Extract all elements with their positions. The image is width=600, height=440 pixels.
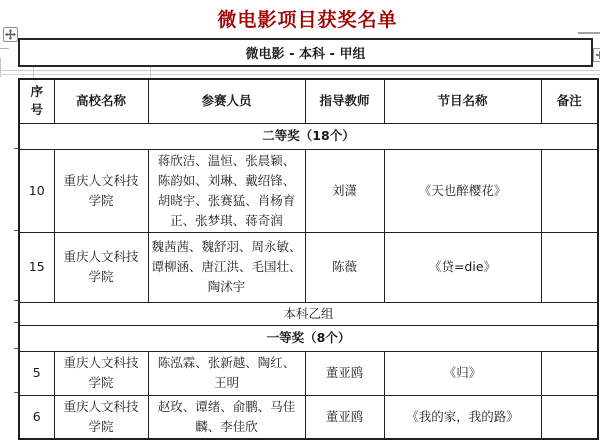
cell-participants: 赵玫、谭绪、俞鹏、马佳 麟、李佳欣 <box>148 395 305 439</box>
cell-note <box>541 232 598 302</box>
cell-note <box>541 351 598 395</box>
col-header-participants: 参赛人员 <box>148 79 305 123</box>
col-header-program: 节目名称 <box>384 79 541 123</box>
cell-program: 《我的家，我的路》 <box>384 395 541 439</box>
table-header-row: 序 号 高校名称 参赛人员 指导教师 节目名称 备注 <box>19 79 598 123</box>
gray-line-top-right <box>578 32 600 34</box>
gray-line-left <box>0 48 9 49</box>
cell-program: 《天也醉樱花》 <box>384 149 541 232</box>
cell-teacher: 董亚鸥 <box>305 395 384 439</box>
row-border-tick <box>14 300 18 301</box>
cell-teacher: 陈薇 <box>305 232 384 302</box>
cell-seq: 5 <box>19 351 54 395</box>
cell-seq: 15 <box>19 232 54 302</box>
document-title: 微电影项目获奖名单 <box>18 5 597 33</box>
section-row-first-prize: 一等奖（8个） <box>19 325 598 351</box>
group-header-cell: 微电影 - 本科 - 甲组 <box>18 38 593 67</box>
cell-note <box>541 149 598 232</box>
section-label: 本科乙组 <box>19 302 598 325</box>
awards-table: 序 号 高校名称 参赛人员 指导教师 节目名称 备注 二等奖（18个） 10 重… <box>18 78 599 440</box>
cell-school: 重庆人文科技 学院 <box>54 149 148 232</box>
cell-school: 重庆人文科技 学院 <box>54 351 148 395</box>
section-label: 二等奖（18个） <box>19 123 598 149</box>
faint-gridline-tick <box>150 67 151 78</box>
cell-seq: 10 <box>19 149 54 232</box>
table-row: 15 重庆人文科技 学院 魏茜茜、魏舒羽、周永敏、 谭柳涵、唐江洪、毛国壮、 陶… <box>19 232 598 302</box>
cell-seq: 6 <box>19 395 54 439</box>
section-row-second-prize: 二等奖（18个） <box>19 123 598 149</box>
table-move-handle-icon[interactable] <box>3 27 18 42</box>
section-label: 一等奖（8个） <box>19 325 598 351</box>
table-row: 10 重庆人文科技 学院 蒋欣洁、温恒、张晨颖、 陈韵如、刘琳、戴绍锋、 胡晓宇… <box>19 149 598 232</box>
faint-gridline <box>0 74 600 75</box>
section-row-group-b: 本科乙组 <box>19 302 598 325</box>
faint-gridline-tick <box>33 67 34 78</box>
four-direction-arrow-glyph <box>5 29 16 40</box>
partial-table-handle-icon[interactable] <box>593 48 600 62</box>
cell-teacher: 刘潇 <box>305 149 384 232</box>
cell-participants: 陈泓霖、张新越、陶红、 王明 <box>148 351 305 395</box>
faint-gridline <box>0 70 600 71</box>
table-row: 5 重庆人文科技 学院 陈泓霖、张新越、陶红、 王明 董亚鸥 《归》 <box>19 351 598 395</box>
row-border-tick <box>14 230 18 231</box>
table-row: 6 重庆人文科技 学院 赵玫、谭绪、俞鹏、马佳 麟、李佳欣 董亚鸥 《我的家，我… <box>19 395 598 439</box>
cell-school: 重庆人文科技 学院 <box>54 232 148 302</box>
row-border-tick <box>14 322 18 323</box>
col-header-seq: 序 号 <box>19 79 54 123</box>
word-document-page: { "page": { "title": "微电影项目获奖名单", "title… <box>0 0 600 440</box>
col-header-teacher: 指导教师 <box>305 79 384 123</box>
cell-school: 重庆人文科技 学院 <box>54 395 148 439</box>
cell-participants: 蒋欣洁、温恒、张晨颖、 陈韵如、刘琳、戴绍锋、 胡晓宇、张赛猛、肖杨育 正、张梦… <box>148 149 305 232</box>
row-border-tick <box>14 392 18 393</box>
cell-program: 《贷=die》 <box>384 232 541 302</box>
cell-teacher: 董亚鸥 <box>305 351 384 395</box>
col-header-school: 高校名称 <box>54 79 148 123</box>
cell-program: 《归》 <box>384 351 541 395</box>
cell-participants: 魏茜茜、魏舒羽、周永敏、 谭柳涵、唐江洪、毛国壮、 陶沭宇 <box>148 232 305 302</box>
cell-note <box>541 395 598 439</box>
col-header-note: 备注 <box>541 79 598 123</box>
row-border-tick <box>14 348 18 349</box>
row-border-tick <box>14 148 18 149</box>
